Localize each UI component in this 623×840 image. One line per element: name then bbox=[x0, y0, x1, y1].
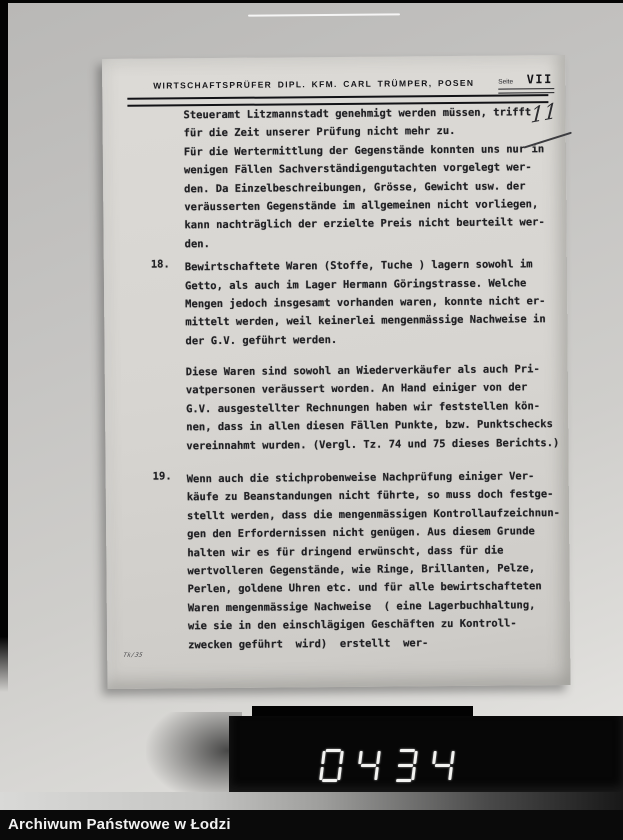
text-line: vereinnahmt wurden. (Vergl. Tz. 74 und 7… bbox=[186, 434, 564, 456]
archive-footer-bar: Archiwum Państwowe w Łodzi bbox=[0, 810, 623, 840]
page-number-value: VII bbox=[527, 72, 553, 86]
segment-f bbox=[358, 751, 363, 764]
archive-scan-photo: WIRTSCHAFTSPRÜFER DIPL. KFM. CARL TRÜMPE… bbox=[0, 0, 623, 840]
segment-g bbox=[435, 764, 450, 767]
handwritten-annotation: 11 bbox=[530, 98, 558, 128]
segment-b bbox=[376, 751, 381, 764]
document-body: Steueramt Litzmannstadt genehmigt werden… bbox=[183, 103, 566, 654]
paragraph: Steueramt Litzmannstadt genehmigt werden… bbox=[183, 103, 562, 253]
segment-b bbox=[339, 751, 344, 764]
paragraph: 19.Wenn auch die stichprobenweise Nachpr… bbox=[187, 467, 567, 654]
segment-d bbox=[396, 779, 411, 782]
segment-c bbox=[448, 767, 453, 780]
photo-top-edge bbox=[0, 0, 623, 3]
page-number-label: Seite bbox=[498, 78, 513, 85]
segment-c bbox=[374, 767, 379, 780]
text-line: gen den Erfordernissen nicht genügen. Au… bbox=[187, 522, 565, 544]
segment-f bbox=[432, 751, 437, 764]
seven-seg-digit bbox=[430, 749, 455, 782]
segment-d bbox=[322, 779, 337, 782]
counter-base-reflection bbox=[0, 792, 623, 810]
corner-reference-mark: Tk/35 bbox=[123, 652, 144, 659]
page-number-underline bbox=[498, 88, 554, 93]
text-line: wie sie in den einschlägigen Geschäften … bbox=[188, 614, 566, 636]
text-line: mittelt werden, weil keinerlei mengenmäs… bbox=[185, 310, 563, 332]
segment-a bbox=[326, 749, 341, 752]
text-line: zwecken geführt wird) erstellt wer- bbox=[188, 633, 566, 655]
segment-g bbox=[361, 764, 376, 767]
text-line: kann nachträglich der erzielte Preis nic… bbox=[184, 213, 562, 235]
seven-seg-digit bbox=[356, 749, 381, 782]
document-page: WIRTSCHAFTSPRÜFER DIPL. KFM. CARL TRÜMPE… bbox=[102, 55, 570, 689]
letterhead-text: WIRTSCHAFTSPRÜFER DIPL. KFM. CARL TRÜMPE… bbox=[102, 77, 525, 91]
seven-seg-digit bbox=[319, 749, 344, 782]
counter-shadow bbox=[146, 712, 242, 804]
counter-display bbox=[321, 749, 469, 786]
page-number-block: Seite VII bbox=[498, 68, 556, 93]
paragraph-number: 18. bbox=[151, 259, 170, 271]
paragraph-number: 19. bbox=[153, 470, 172, 482]
segment-c bbox=[337, 767, 342, 780]
seven-seg-digit bbox=[393, 749, 418, 782]
segment-g bbox=[398, 764, 413, 767]
page-number-line: Seite VII bbox=[498, 68, 556, 88]
paragraph: Diese Waren sind sowohl an Wiederverkäuf… bbox=[186, 360, 565, 455]
segment-a bbox=[400, 749, 415, 752]
segment-b bbox=[450, 751, 455, 764]
text-line: der G.V. geführt werden. bbox=[185, 329, 563, 351]
segment-c bbox=[411, 767, 416, 780]
text-line: Steueramt Litzmannstadt genehmigt werden… bbox=[183, 103, 561, 125]
text-line: den. bbox=[185, 232, 563, 254]
photo-left-edge bbox=[0, 0, 8, 692]
paragraph: 18.Bewirtschaftete Waren (Stoffe, Tuche … bbox=[185, 255, 564, 350]
frame-counter-device bbox=[229, 716, 623, 794]
segment-f bbox=[321, 751, 326, 764]
segment-b bbox=[413, 751, 418, 764]
archive-name-label: Archiwum Państwowe w Łodzi bbox=[8, 816, 231, 833]
